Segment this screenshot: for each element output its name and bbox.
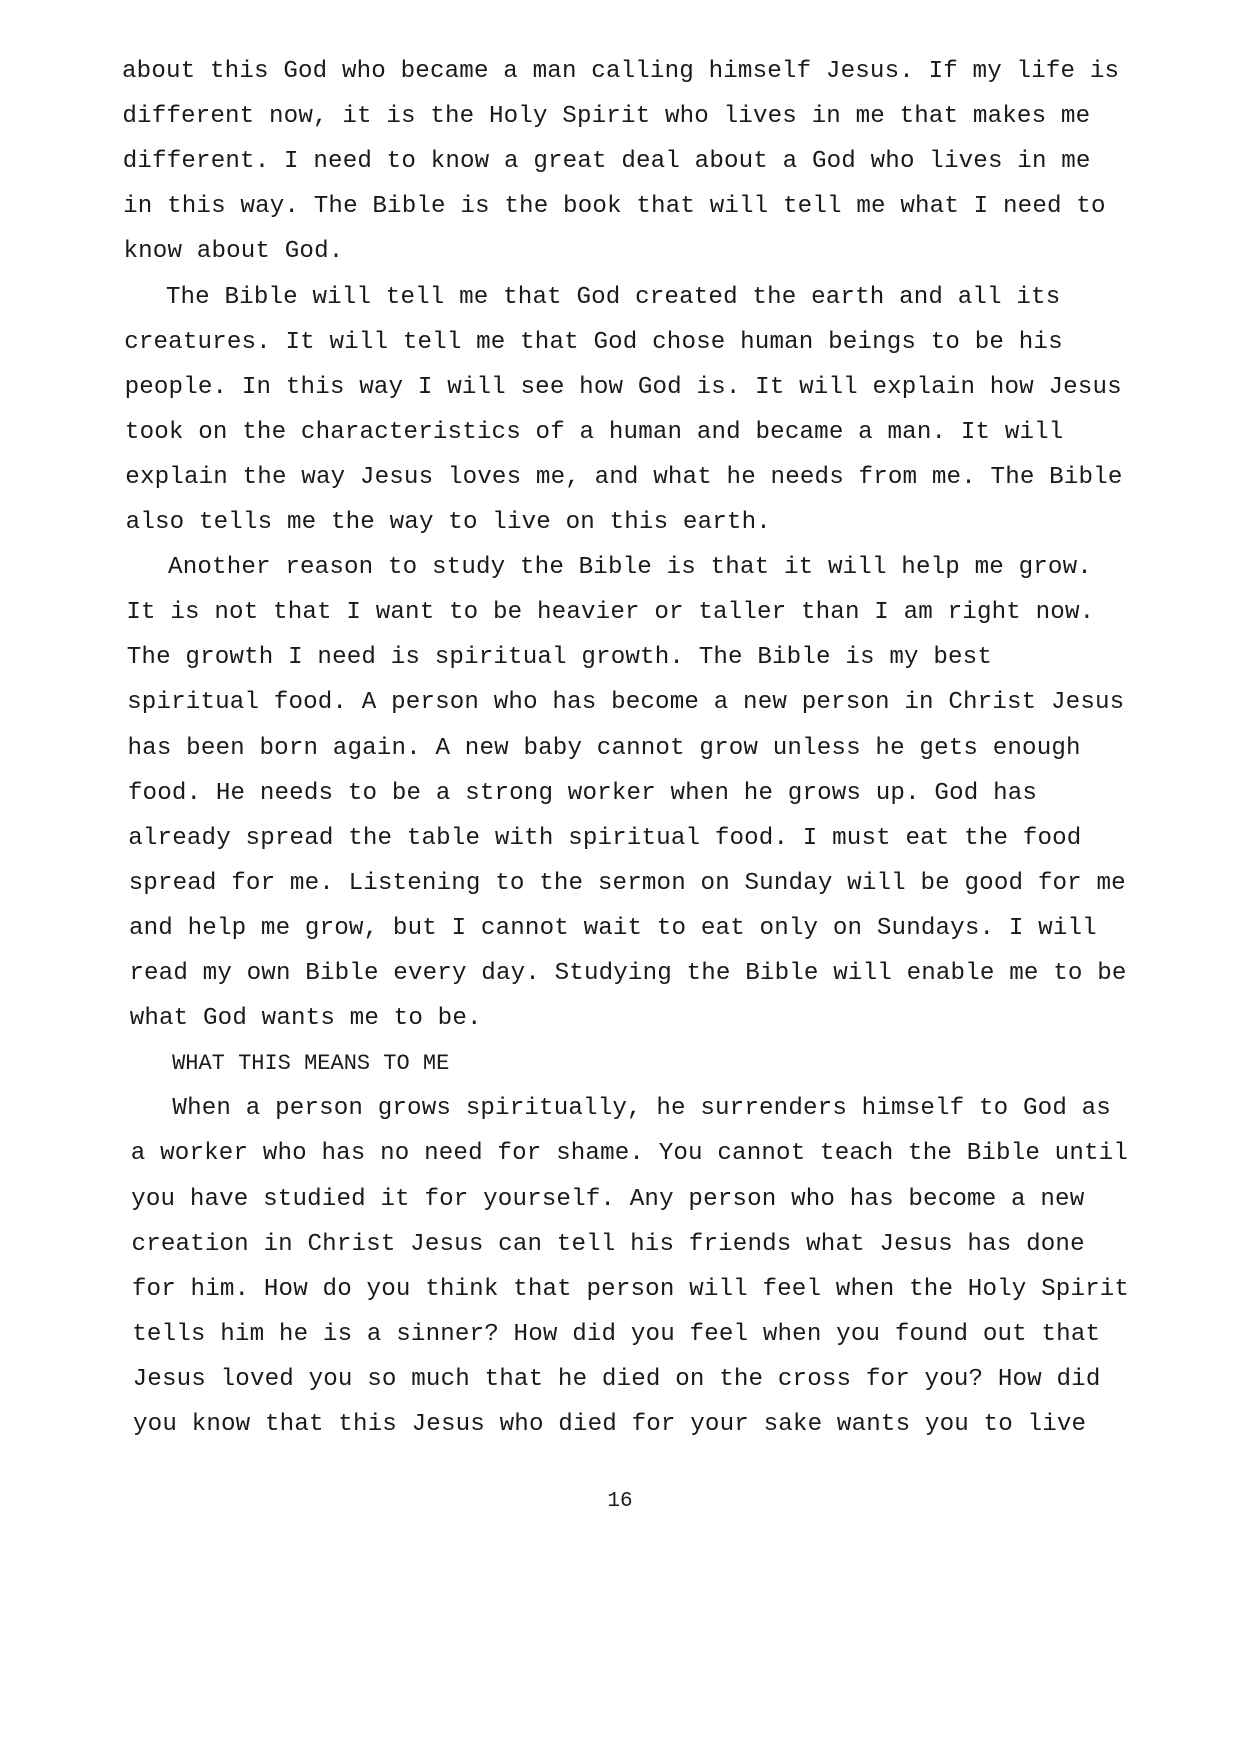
page-number: 16 [0, 1487, 1240, 1517]
text-line: food. He needs to be a strong worker whe… [128, 779, 1037, 809]
text-line: read my own Bible every day. Studying th… [129, 959, 1126, 989]
text-line: Jesus loved you so much that he died on … [133, 1365, 1101, 1395]
text-line: for him. How do you think that person wi… [132, 1275, 1129, 1305]
text-line: a worker who has no need for shame. You … [131, 1139, 1128, 1169]
text-line: in this way. The Bible is the book that … [123, 192, 1106, 222]
text-line: know about God. [123, 237, 343, 267]
text-line: different now, it is the Holy Spirit who… [122, 102, 1090, 132]
text-line: about this God who became a man calling … [122, 57, 1119, 87]
text-line: what God wants me to be. [130, 1004, 482, 1034]
text-line: Another reason to study the Bible is tha… [168, 553, 1092, 583]
text-line: and help me grow, but I cannot wait to e… [129, 914, 1097, 944]
text-line: The Bible will tell me that God created … [166, 283, 1061, 313]
text-line: creation in Christ Jesus can tell his fr… [132, 1230, 1085, 1260]
text-line: different. I need to know a great deal a… [123, 147, 1091, 177]
text-line: When a person grows spiritually, he surr… [172, 1094, 1111, 1124]
text-line: explain the way Jesus loves me, and what… [125, 463, 1122, 493]
text-line: you know that this Jesus who died for yo… [133, 1410, 1086, 1440]
text-line: people. In this way I will see how God i… [125, 373, 1122, 403]
document-page: about this God who became a man calling … [0, 0, 1240, 1753]
text-line: spiritual food. A person who has become … [127, 688, 1124, 718]
text-line: The growth I need is spiritual growth. T… [127, 643, 992, 673]
section-heading: WHAT THIS MEANS TO ME [172, 1049, 449, 1079]
text-line: spread for me. Listening to the sermon o… [129, 869, 1126, 899]
text-line: has been born again. A new baby cannot g… [128, 734, 1081, 764]
text-line: took on the characteristics of a human a… [125, 418, 1064, 448]
text-line: already spread the table with spiritual … [128, 824, 1081, 854]
text-line: creatures. It will tell me that God chos… [124, 328, 1063, 358]
text-line: tells him he is a sinner? How did you fe… [132, 1320, 1100, 1350]
text-line: you have studied it for yourself. Any pe… [131, 1185, 1084, 1215]
text-line: also tells me the way to live on this ea… [126, 508, 771, 538]
text-line: It is not that I want to be heavier or t… [126, 598, 1094, 628]
